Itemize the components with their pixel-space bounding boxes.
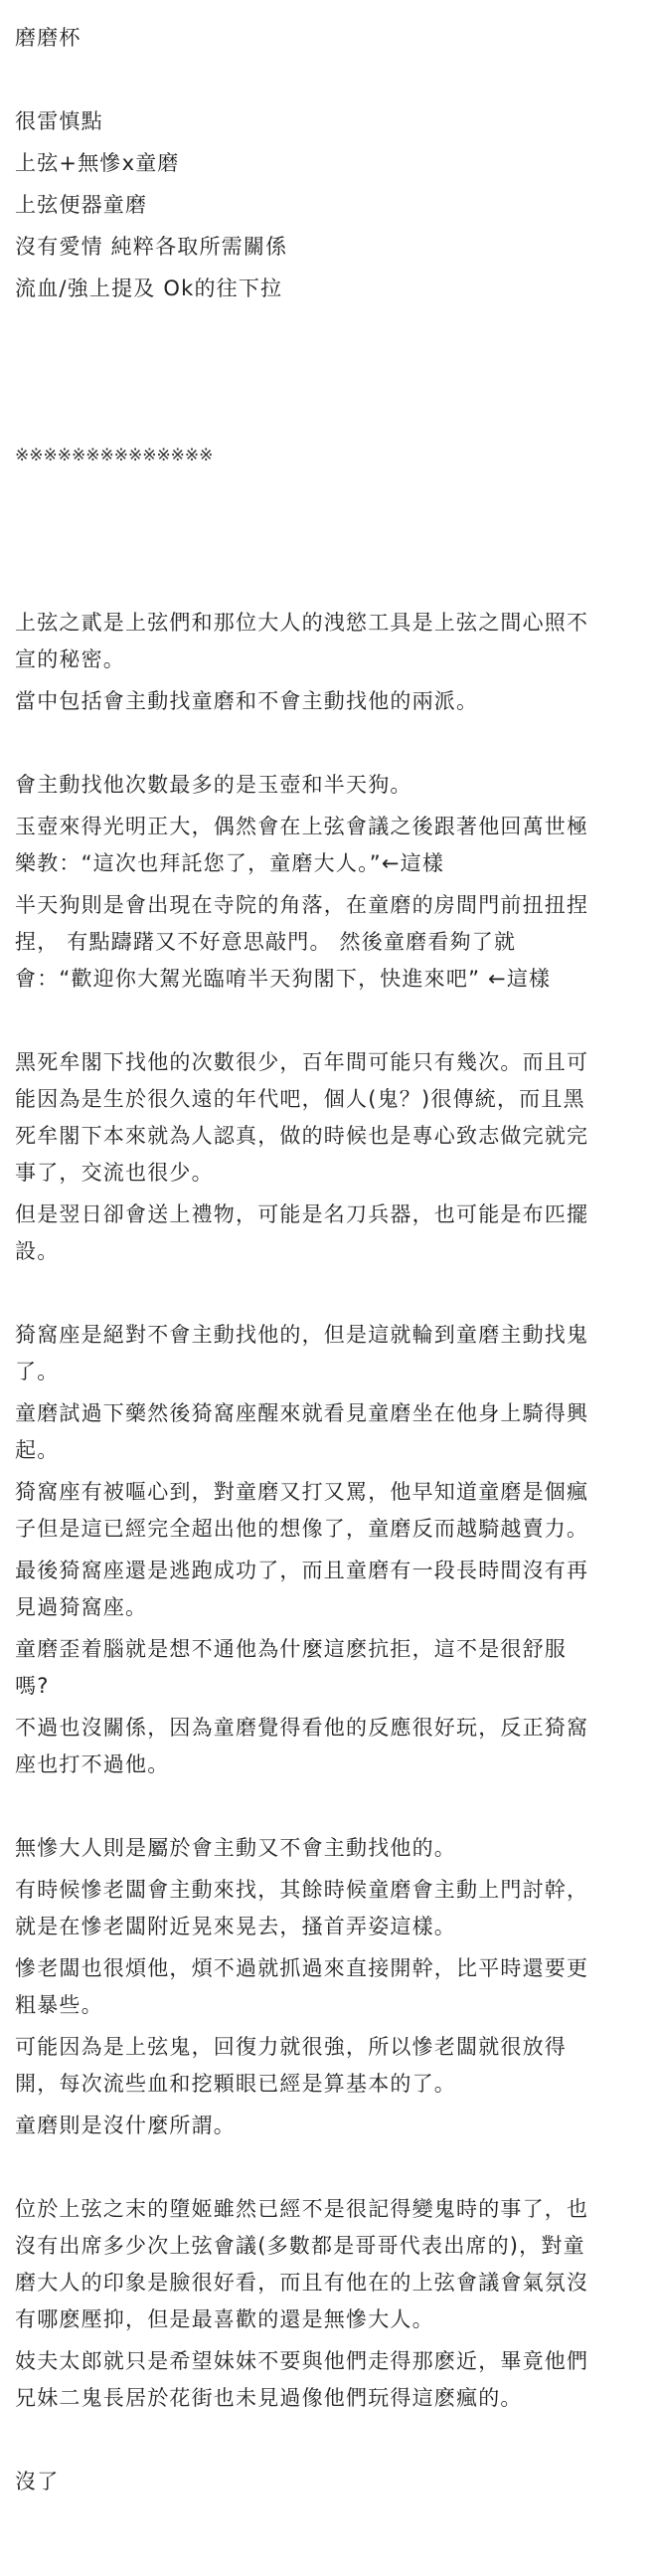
text-line: 上弦之貳是上弦們和那位大人的洩慾工具是上弦之間心照不 xyxy=(15,605,641,642)
warning-text: 沒有愛情 純粹各取所需關係 xyxy=(15,229,641,266)
warning-text: 上弦便器童磨 xyxy=(15,187,641,224)
paragraph: 童磨試過下藥然後猗窩座醒來就看見童磨坐在他身上騎得興 起。 xyxy=(15,1395,641,1469)
text-line: 粗暴些。 xyxy=(15,1987,641,2024)
text-line: 見過猗窩座。 xyxy=(15,1589,641,1626)
text-line: 慘老闆也很煩他，煩不過就抓過來直接開幹，比平時還要更 xyxy=(15,1950,641,1987)
title-text: 磨磨杯 xyxy=(15,20,641,57)
blank-line xyxy=(15,2422,641,2464)
text-line: 有時候慘老闆會主動來找，其餘時候童磨會主動上門討幹， xyxy=(15,1872,641,1909)
text-line: 能因為是生於很久遠的年代吧，個人(鬼？)很傳統，而且黑 xyxy=(15,1081,641,1118)
text-line: 沒有出席多少次上弦會議(多數都是哥哥代表出席的)，對童 xyxy=(15,2228,641,2265)
warning-item: 沒有愛情 純粹各取所需關係 xyxy=(15,229,641,266)
paragraph: 玉壺來得光明正大，偶然會在上弦會議之後跟著他回萬世極 樂教：“這次也拜託您了，童… xyxy=(15,809,641,882)
text-line: 最後猗窩座還是逃跑成功了，而且童磨有一段長時間沒有再 xyxy=(15,1553,641,1589)
text-line: 捏， 有點躊躇又不好意思敲門。 然後童磨看夠了就 xyxy=(15,924,641,961)
text-line: 事了，交流也很少。 xyxy=(15,1155,641,1192)
text-line: 起。 xyxy=(15,1432,641,1469)
section-intro: 上弦之貳是上弦們和那位大人的洩慾工具是上弦之間心照不 宣的秘密。 當中包括會主動… xyxy=(15,605,641,720)
paragraph: 但是翌日卻會送上禮物，可能是名刀兵器，也可能是布匹擺 設。 xyxy=(15,1196,641,1270)
text-line: 童磨試過下藥然後猗窩座醒來就看見童磨坐在他身上騎得興 xyxy=(15,1395,641,1432)
blank-line xyxy=(15,312,641,354)
blank-line xyxy=(15,563,641,605)
paragraph: 上弦之貳是上弦們和那位大人的洩慾工具是上弦之間心照不 宣的秘密。 xyxy=(15,605,641,678)
paragraph: 童磨則是沒什麼所謂。 xyxy=(15,2108,641,2144)
paragraph: 可能因為是上弦鬼，回復力就很強，所以慘老闆就很放得 開，每次流些血和挖顆眼已經是… xyxy=(15,2029,641,2103)
paragraph: 慘老闆也很煩他，煩不過就抓過來直接開幹，比平時還要更 粗暴些。 xyxy=(15,1950,641,2024)
paragraph: 有時候慘老闆會主動來找，其餘時候童磨會主動上門討幹， 就是在慘老闆附近晃來晃去，… xyxy=(15,1872,641,1945)
section-divider: ※※※※※※※※※※※※※※ xyxy=(15,438,641,474)
blank-line xyxy=(15,354,641,396)
paragraph: 當中包括會主動找童磨和不會主動找他的兩派。 xyxy=(15,683,641,720)
text-line: 無慘大人則是屬於會主動又不會主動找他的。 xyxy=(15,1830,641,1867)
text-line: 有哪麽壓抑，但是最喜歡的還是無慘大人。 xyxy=(15,2301,641,2338)
text-line: 了。 xyxy=(15,1354,641,1390)
text-line: 半天狗則是會出現在寺院的角落，在童磨的房間門前扭扭捏 xyxy=(15,887,641,924)
text-line: 座也打不過他。 xyxy=(15,1747,641,1783)
warning-list: 很雷慎點 上弦+無慘x童磨 上弦便器童磨 沒有愛情 純粹各取所需關係 流血/強上… xyxy=(15,103,641,307)
blank-line xyxy=(15,62,641,103)
blank-line xyxy=(15,521,641,563)
paragraph: 半天狗則是會出現在寺院的角落，在童磨的房間門前扭扭捏 捏， 有點躊躇又不好意思敲… xyxy=(15,887,641,998)
warning-item: 上弦+無慘x童磨 xyxy=(15,145,641,182)
blank-line xyxy=(15,479,641,521)
paragraph: 不過也沒關係，因為童磨覺得看他的反應很好玩，反正猗窩 座也打不過他。 xyxy=(15,1710,641,1783)
blank-line xyxy=(15,396,641,438)
text-line: 磨大人的印象是臉很好看，而且有他在的上弦會議會氣氛沒 xyxy=(15,2265,641,2301)
text-line: 設。 xyxy=(15,1233,641,1270)
paragraph: 猗窩座是絕對不會主動找他的，但是這就輪到童磨主動找鬼 了。 xyxy=(15,1317,641,1390)
paragraph: 猗窩座有被嘔心到，對童磨又打又罵，他早知道童磨是個瘋 子但是這已經完全超出他的想… xyxy=(15,1474,641,1548)
ending-note: 沒了 xyxy=(15,2464,641,2500)
text-line: 玉壺來得光明正大，偶然會在上弦會議之後跟著他回萬世極 xyxy=(15,809,641,845)
text-line: 妓夫太郎就只是希望妹妹不要與他們走得那麽近，畢竟他們 xyxy=(15,2343,641,2380)
text-line: 子但是這已經完全超出他的想像了，童磨反而越騎越賣力。 xyxy=(15,1511,641,1548)
text-line: 猗窩座是絕對不會主動找他的，但是這就輪到童磨主動找鬼 xyxy=(15,1317,641,1354)
text-line: 樂教：“這次也拜託您了，童磨大人。”←這樣 xyxy=(15,845,641,882)
text-line: 不過也沒關係，因為童磨覺得看他的反應很好玩，反正猗窩 xyxy=(15,1710,641,1747)
blank-line xyxy=(15,1275,641,1317)
text-line: 但是翌日卻會送上禮物，可能是名刀兵器，也可能是布匹擺 xyxy=(15,1196,641,1233)
section-daki-gyutaro: 位於上弦之末的墮姬雖然已經不是很記得變鬼時的事了，也 沒有出席多少次上弦會議(多… xyxy=(15,2191,641,2417)
blank-line xyxy=(15,725,641,767)
ending-text: 沒了 xyxy=(15,2464,641,2500)
paragraph: 黑死牟閣下找他的次數很少，百年間可能只有幾次。而且可 能因為是生於很久遠的年代吧… xyxy=(15,1044,641,1192)
text-line: 就是在慘老闆附近晃來晃去，搔首弄姿這樣。 xyxy=(15,1909,641,1945)
text-line: 嗎? xyxy=(15,1668,641,1705)
paragraph: 最後猗窩座還是逃跑成功了，而且童磨有一段長時間沒有再 見過猗窩座。 xyxy=(15,1553,641,1626)
text-line: 可能因為是上弦鬼，回復力就很強，所以慘老闆就很放得 xyxy=(15,2029,641,2066)
text-line: 童磨歪着腦就是想不通他為什麼這麽抗拒，這不是很舒服 xyxy=(15,1631,641,1668)
paragraph: 無慘大人則是屬於會主動又不會主動找他的。 xyxy=(15,1830,641,1867)
document-body: 磨磨杯 很雷慎點 上弦+無慘x童磨 上弦便器童磨 沒有愛情 純粹各取所需關係 流… xyxy=(0,0,656,2500)
text-line: 會主動找他次數最多的是玉壺和半天狗。 xyxy=(15,767,641,804)
text-line: 死牟閣下本來就為人認真，做的時候也是專心致志做完就完 xyxy=(15,1118,641,1155)
paragraph: 會主動找他次數最多的是玉壺和半天狗。 xyxy=(15,767,641,804)
text-line: 黑死牟閣下找他的次數很少，百年間可能只有幾次。而且可 xyxy=(15,1044,641,1081)
blank-line xyxy=(15,1003,641,1044)
document-title: 磨磨杯 xyxy=(15,20,641,57)
warning-text: 很雷慎點 xyxy=(15,103,641,140)
text-line: 開，每次流些血和挖顆眼已經是算基本的了。 xyxy=(15,2066,641,2103)
text-line: 宣的秘密。 xyxy=(15,642,641,678)
section-akaza: 猗窩座是絕對不會主動找他的，但是這就輪到童磨主動找鬼 了。 童磨試過下藥然後猗窩… xyxy=(15,1317,641,1783)
paragraph: 位於上弦之末的墮姬雖然已經不是很記得變鬼時的事了，也 沒有出席多少次上弦會議(多… xyxy=(15,2191,641,2338)
text-line: 會：“歡迎你大駕光臨唷半天狗閣下，快進來吧” ←這樣 xyxy=(15,961,641,998)
section-gyokko-hantengu: 會主動找他次數最多的是玉壺和半天狗。 玉壺來得光明正大，偶然會在上弦會議之後跟著… xyxy=(15,767,641,998)
paragraph: 妓夫太郎就只是希望妹妹不要與他們走得那麽近，畢竟他們 兄妹二鬼長居於花街也未見過… xyxy=(15,2343,641,2417)
paragraph: 童磨歪着腦就是想不通他為什麼這麽抗拒，這不是很舒服 嗎? xyxy=(15,1631,641,1705)
text-line: 童磨則是沒什麼所謂。 xyxy=(15,2108,641,2144)
warning-text: 流血/強上提及 Ok的往下拉 xyxy=(15,271,641,307)
warning-item: 流血/強上提及 Ok的往下拉 xyxy=(15,271,641,307)
divider-text: ※※※※※※※※※※※※※※ xyxy=(15,438,641,474)
blank-line xyxy=(15,1788,641,1830)
section-kokushibo: 黑死牟閣下找他的次數很少，百年間可能只有幾次。而且可 能因為是生於很久遠的年代吧… xyxy=(15,1044,641,1270)
blank-line xyxy=(15,2149,641,2191)
warning-text: 上弦+無慘x童磨 xyxy=(15,145,641,182)
section-muzan: 無慘大人則是屬於會主動又不會主動找他的。 有時候慘老闆會主動來找，其餘時候童磨會… xyxy=(15,1830,641,2144)
warning-item: 很雷慎點 xyxy=(15,103,641,140)
text-line: 猗窩座有被嘔心到，對童磨又打又罵，他早知道童磨是個瘋 xyxy=(15,1474,641,1511)
text-line: 兄妹二鬼長居於花街也未見過像他們玩得這麽瘋的。 xyxy=(15,2380,641,2417)
text-line: 位於上弦之末的墮姬雖然已經不是很記得變鬼時的事了，也 xyxy=(15,2191,641,2228)
text-line: 當中包括會主動找童磨和不會主動找他的兩派。 xyxy=(15,683,641,720)
warning-item: 上弦便器童磨 xyxy=(15,187,641,224)
